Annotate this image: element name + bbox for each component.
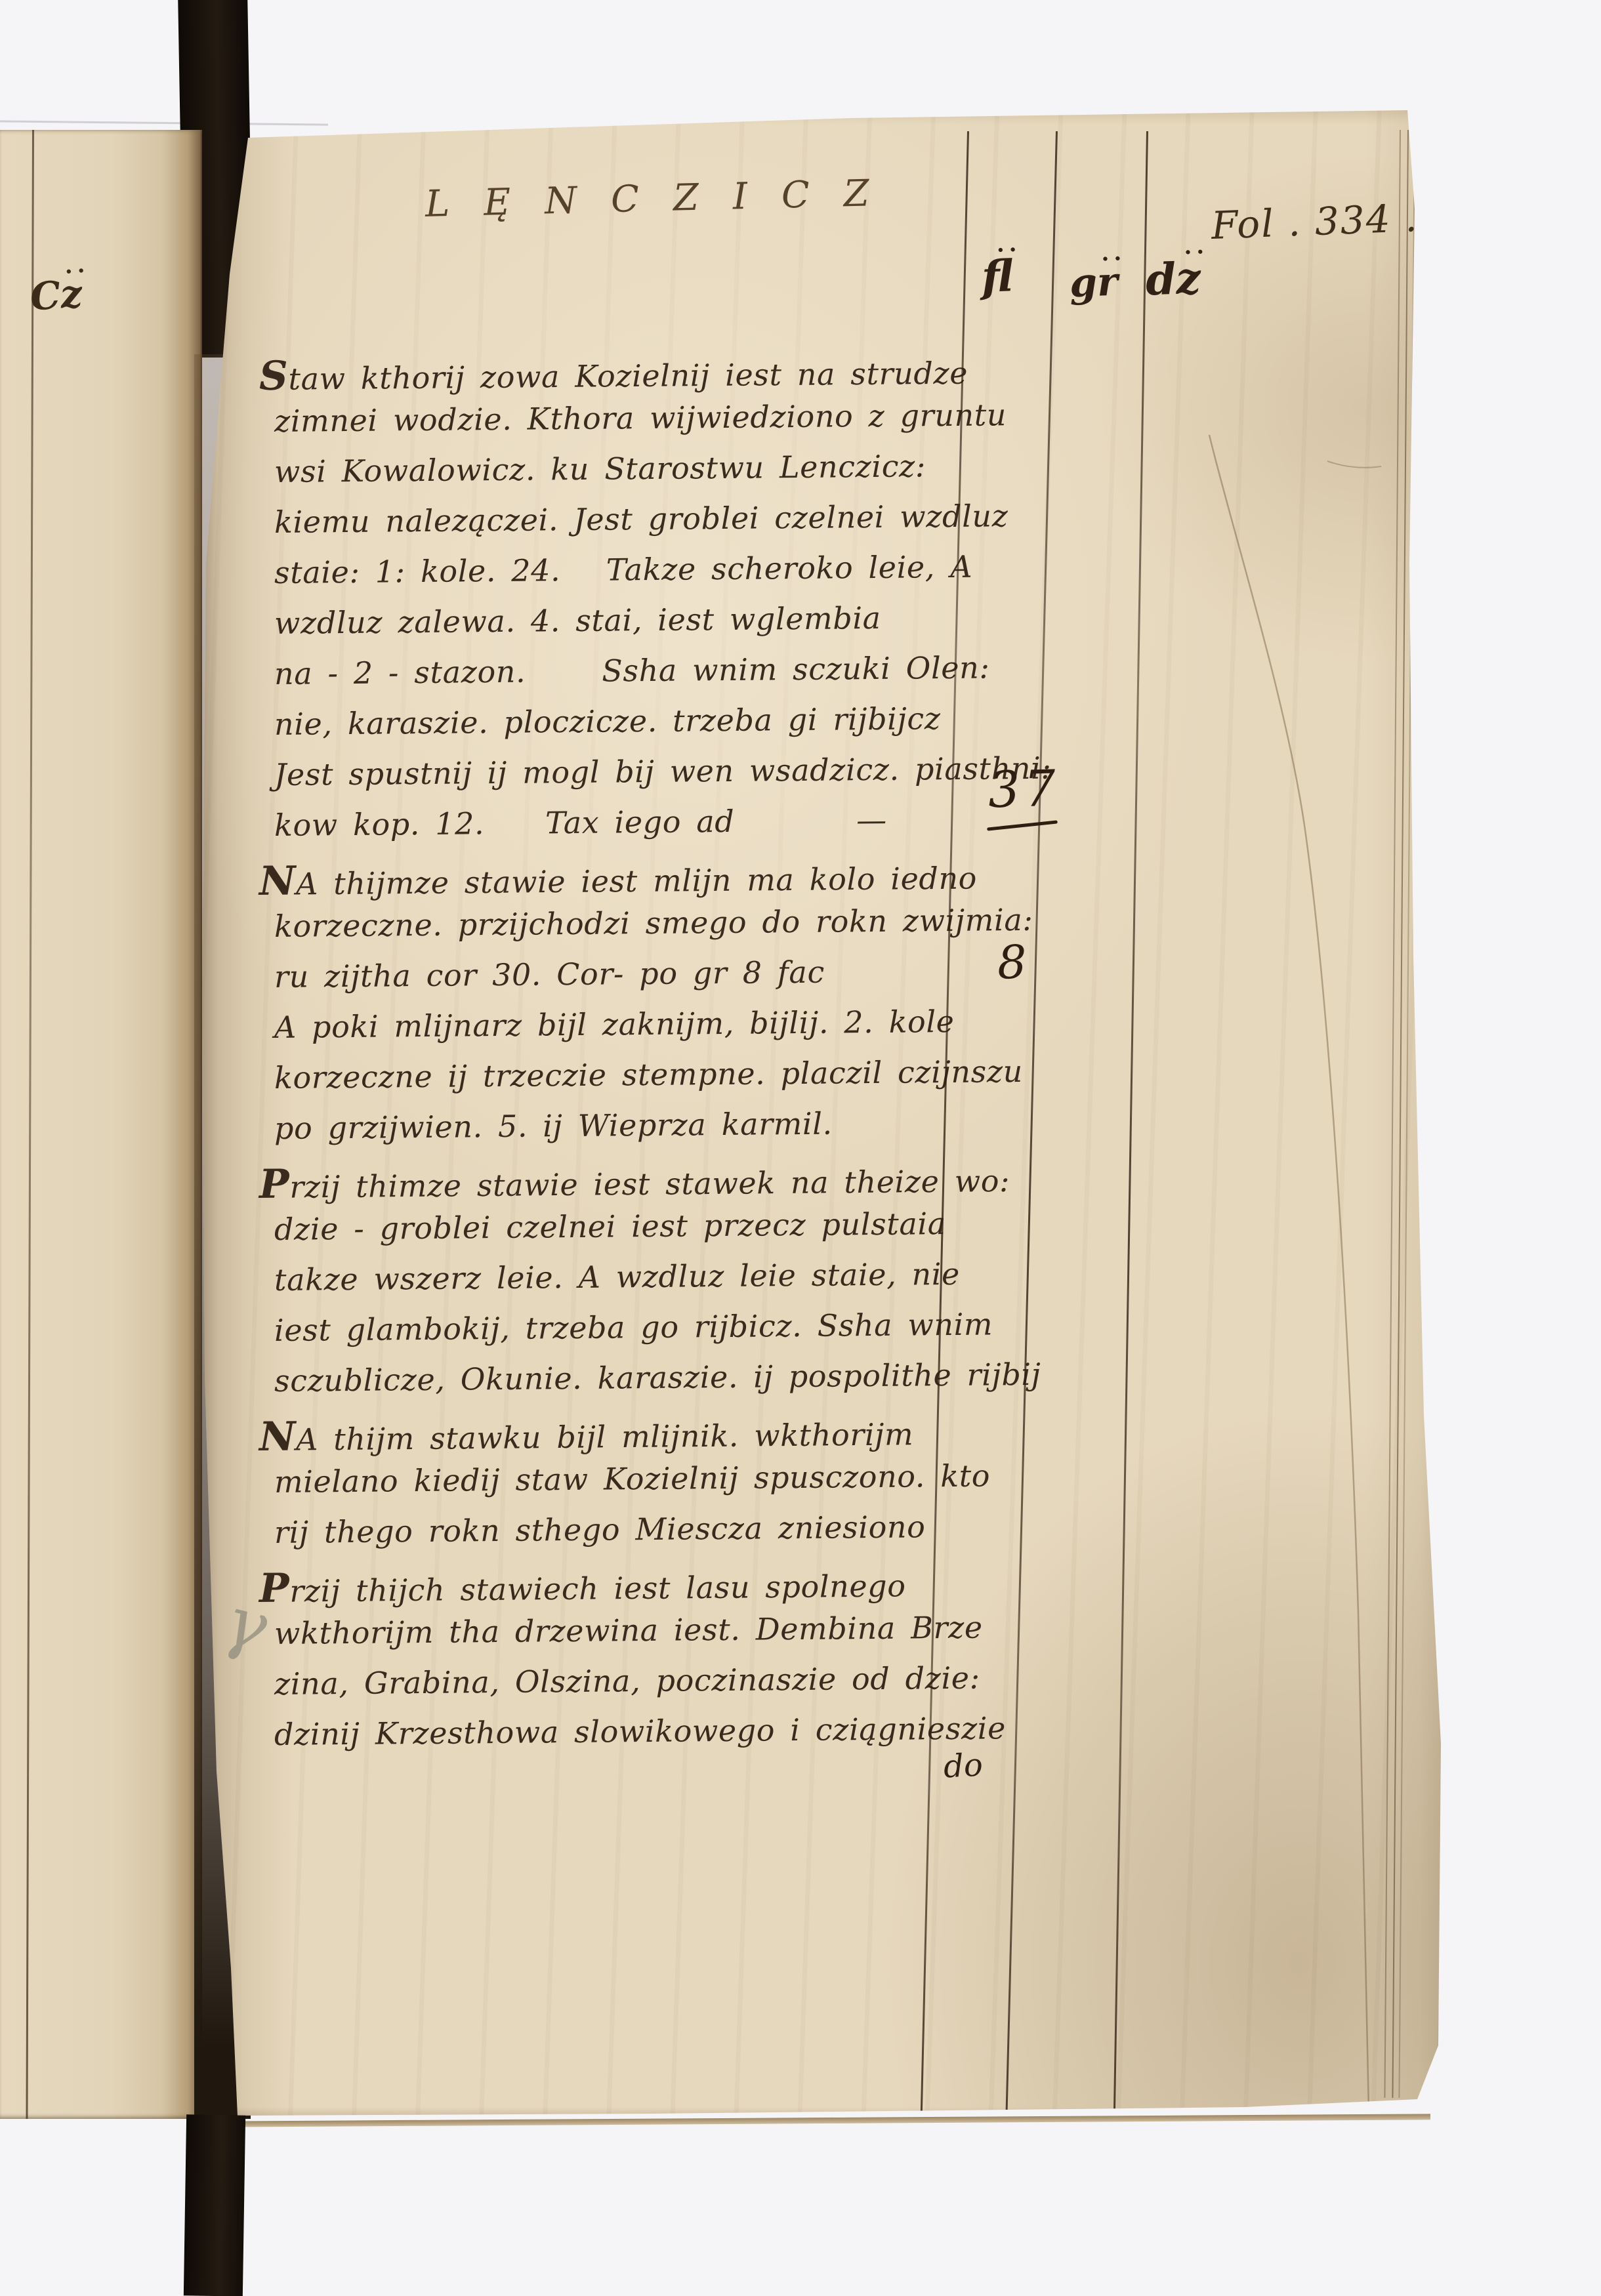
abbreviation-dots: ·· [64, 257, 91, 285]
manuscript-line: korzeczne ij trzeczie stempne. placzil c… [274, 1054, 1023, 1096]
column-header-denary: dz·· [1145, 253, 1201, 306]
manuscript-line: NA thijmze stawie iest mlijn ma kolo ied… [259, 851, 978, 905]
manuscript-line: nie, karaszie. ploczicze. trzeba gi rijb… [274, 701, 941, 742]
manuscript-line: staie: 1: kole. 24. Takze scheroko leie,… [274, 549, 972, 590]
column-header-groszy: gr·· [1069, 259, 1119, 307]
facing-page-sliver: Cz·· [0, 130, 202, 2119]
catchword: do [943, 1746, 984, 1785]
manuscript-line: dzinij Krzesthowa slowikowego i cziągnie… [274, 1710, 1006, 1752]
manuscript-line: zimnei wodzie. Kthora wijwiedziono z gru… [274, 397, 1007, 439]
manuscript-line: wzdluz zalewa. 4. stai, iest wglembia [274, 600, 881, 641]
manuscript-line: Staw kthorij zowa Kozielnij iest na stru… [259, 347, 968, 400]
abbreviation-dots: ·· [996, 237, 1022, 264]
manuscript-line: wsi Kowalowicz. ku Starostwu Lenczicz: [274, 448, 926, 489]
backing-sheet-edge [0, 120, 328, 125]
abbreviation-dots: ·· [1101, 245, 1127, 272]
under-leaf-edge [223, 2114, 1430, 2127]
manuscript-line: takze wszerz leie. A wzdluz leie staie, … [274, 1256, 960, 1298]
manuscript-line: ru zijtha cor 30. Cor- po gr 8 fac [274, 954, 825, 994]
manuscript-page: LĘNCZICZ Fol . 334 . fl·· gr·· dz·· 37 8… [196, 104, 1450, 2125]
manuscript-line: po grzijwien. 5. ij Wieprza karmil. [274, 1106, 833, 1146]
manuscript-line: Przij thijch stawiech iest lasu spolnego [259, 1559, 906, 1612]
manuscript-line: Jest spustnij ij mogl bij wen wsadzicz. … [274, 750, 1052, 792]
manuscript-line: korzeczne. przijchodzi smego do rokn zwi… [274, 902, 1033, 944]
bookmark-ribbon-bottom [184, 2114, 245, 2296]
manuscript-line: wkthorijm tha drzewina iest. Dembina Brz… [274, 1610, 983, 1651]
facing-page-column-mark: Cz·· [29, 271, 84, 319]
manuscript-line: iest glambokij, trzeba go rijbicz. Ssha … [274, 1306, 993, 1348]
abbreviation-dots: ·· [1184, 239, 1209, 266]
manuscript-scan: Cz·· LĘNCZICZ Fol . 334 . fl·· gr·· dz··… [0, 0, 1601, 2296]
manuscript-line: zina, Grabina, Olszina, poczinaszie od d… [274, 1660, 980, 1702]
column-header-florins: fl·· [981, 250, 1014, 302]
manuscript-line: kiemu nalezączei. Jest groblei czelnei w… [274, 498, 1008, 540]
manuscript-line: dzie - groblei czelnei iest przecz pulst… [274, 1206, 946, 1247]
manuscript-line: kow kop. 12. Tax iego ad — [274, 802, 887, 843]
manuscript-line: Przij thimze stawie iest stawek na theiz… [259, 1155, 1010, 1208]
manuscript-line: NA thijm stawku bijl mlijnik. wkthorijm [259, 1408, 914, 1460]
amount-czynsz-florins: 8 [997, 935, 1028, 989]
manuscript-line: A poki mlijnarz bijl zaknijm, bijlij. 2.… [274, 1004, 955, 1045]
manuscript-line: rij thego rokn sthego Miescza zniesiono [274, 1509, 926, 1550]
facing-page-rule-line [26, 130, 34, 2119]
folio-number: Fol . 334 . [1211, 195, 1419, 248]
manuscript-line: sczublicze, Okunie. karaszie. ij pospoli… [274, 1357, 1041, 1399]
manuscript-line: mielano kiedij staw Kozielnij spusczono.… [274, 1458, 991, 1500]
manuscript-line: na - 2 - stazon. Ssha wnim sczuki Olen: [274, 649, 990, 691]
